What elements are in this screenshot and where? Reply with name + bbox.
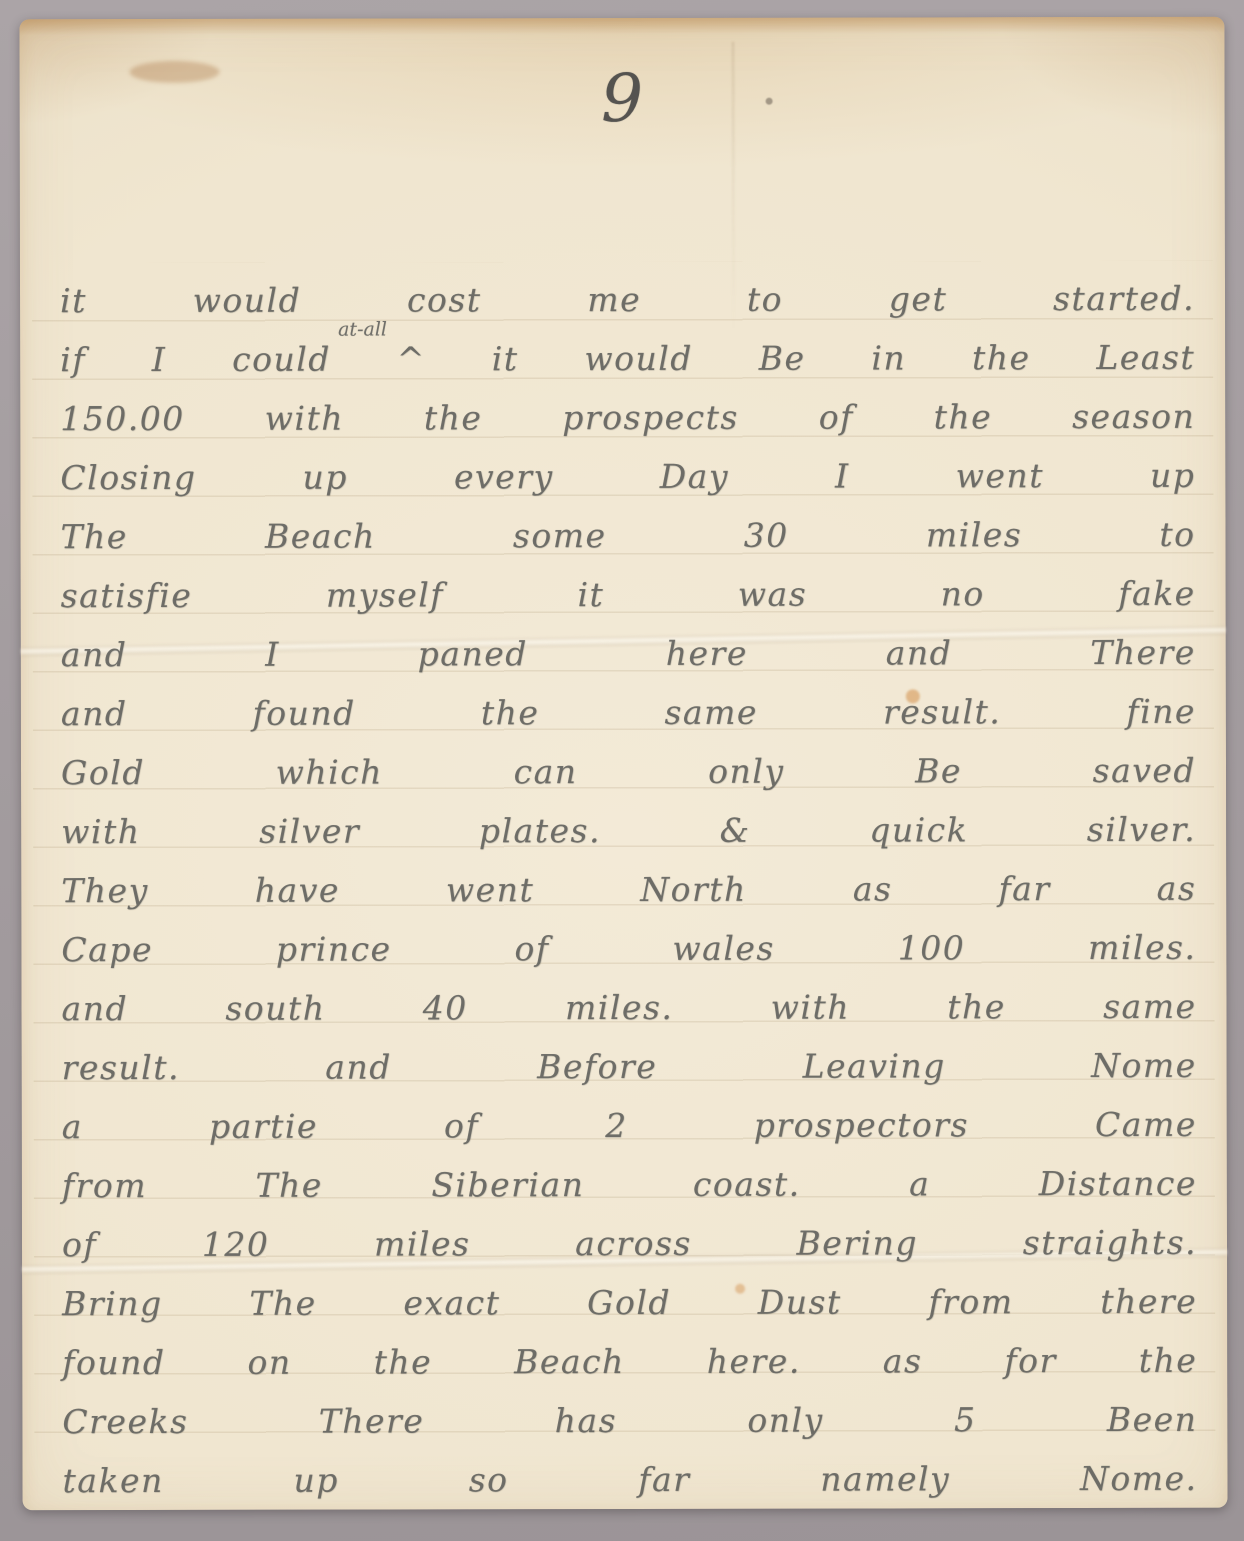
handwritten-line-17: of 120 miles across Bering straights. bbox=[62, 1213, 1197, 1274]
handwritten-line-12: Cape prince of wales 100 miles. bbox=[61, 918, 1196, 979]
handwritten-line-14: result. and Before Leaving Nome bbox=[62, 1036, 1197, 1097]
handwritten-line-4: Closing up every Day I went up bbox=[60, 446, 1195, 507]
handwritten-line-18: Bring The exact Gold Dust from there bbox=[62, 1272, 1197, 1333]
handwritten-line-16: from The Siberian coast. a Distance bbox=[62, 1154, 1197, 1215]
handwritten-line-19: found on the Beach here. as for the bbox=[62, 1331, 1197, 1392]
handwritten-line-20: Creeks There has only 5 Been bbox=[62, 1390, 1197, 1451]
page-number: 9 bbox=[20, 59, 1225, 139]
handwritten-line-2: if I could ^ it would Be in the Least bbox=[60, 328, 1195, 389]
photograph-background: 9 at-all it would cost me to get started… bbox=[0, 0, 1244, 1541]
handwritten-line-8: and found the same result. fine bbox=[61, 682, 1196, 743]
handwritten-line-3: 150.00 with the prospects of the season bbox=[60, 387, 1195, 448]
handwritten-line-15: a partie of 2 prospectors Came bbox=[62, 1095, 1197, 1156]
letter-page: 9 at-all it would cost me to get started… bbox=[19, 17, 1227, 1511]
handwritten-line-11: They have went North as far as bbox=[61, 859, 1196, 920]
handwritten-line-7: and I paned here and There bbox=[61, 623, 1196, 684]
handwritten-line-21: taken up so far namely Nome. bbox=[62, 1449, 1197, 1510]
handwritten-line-10: with silver plates. & quick silver. bbox=[61, 800, 1196, 861]
handwritten-line-1: it would cost me to get started. bbox=[60, 269, 1195, 330]
handwritten-line-5: The Beach some 30 miles to bbox=[60, 505, 1195, 566]
letter-body: it would cost me to get started. if I co… bbox=[60, 269, 1198, 1510]
handwritten-line-9: Gold which can only Be saved bbox=[61, 741, 1196, 802]
handwritten-line-6: satisfie myself it was no fake bbox=[61, 564, 1196, 625]
handwritten-line-13: and south 40 miles. with the same bbox=[61, 977, 1196, 1038]
